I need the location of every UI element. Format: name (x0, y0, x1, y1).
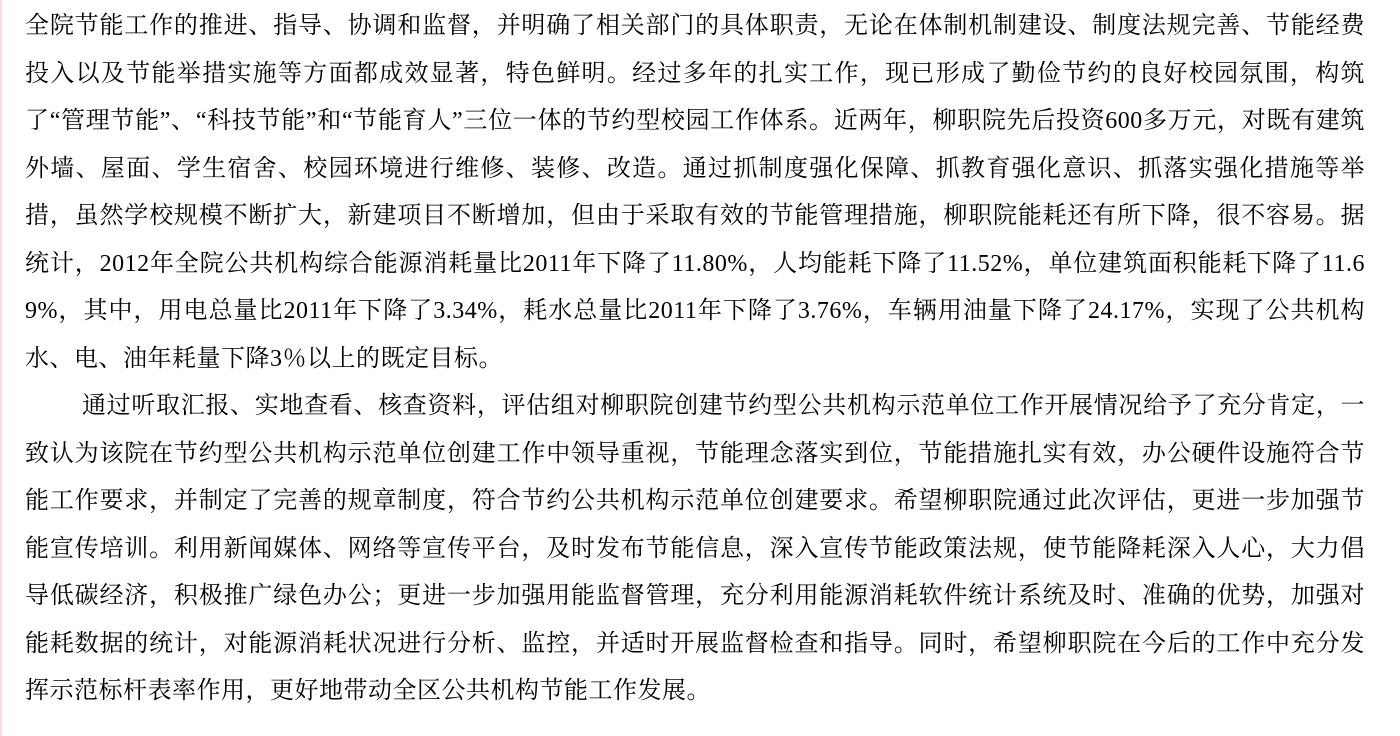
paragraph-energy-saving-results: 全院节能工作的推进、指导、协调和监督，并明确了相关部门的具体职责，无论在体制机制… (25, 3, 1365, 383)
document-page: 全院节能工作的推进、指导、协调和监督，并明确了相关部门的具体职责，无论在体制机制… (0, 0, 1400, 736)
paragraph-evaluation-conclusion: 通过听取汇报、实地查看、核查资料，评估组对柳职院创建节约型公共机构示范单位工作开… (25, 383, 1365, 716)
